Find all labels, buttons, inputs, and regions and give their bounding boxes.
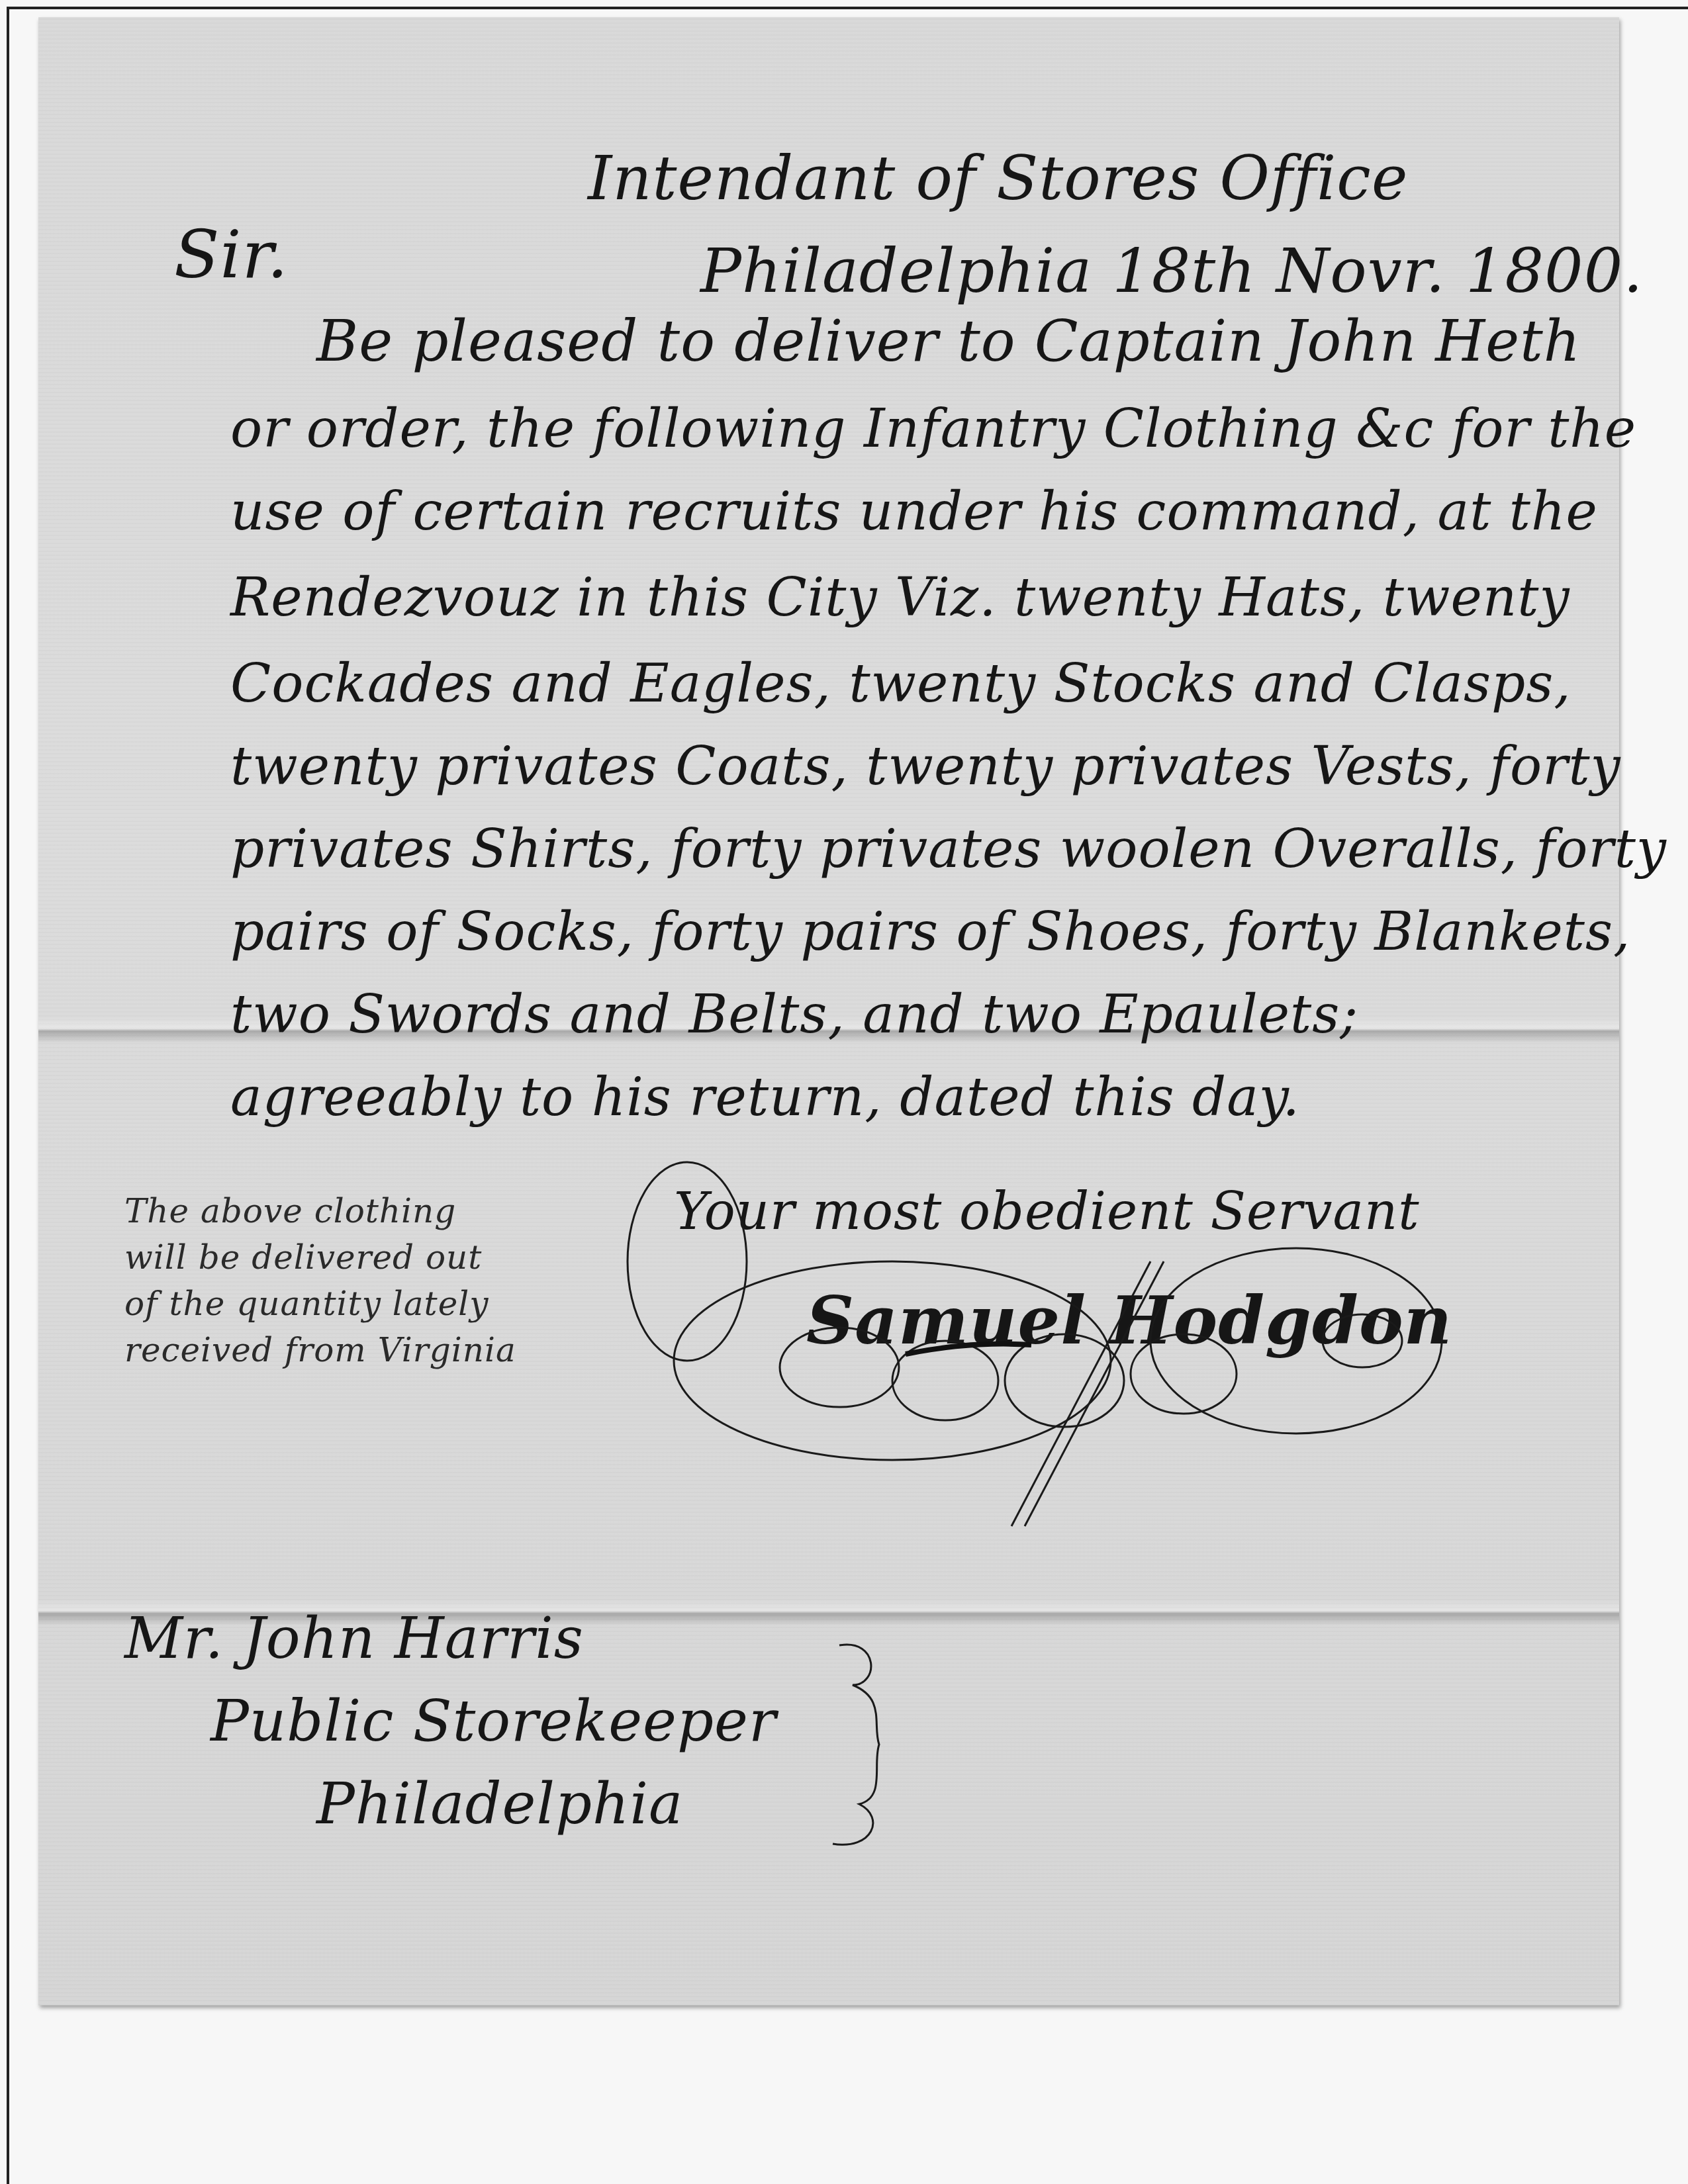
margin-note-line: of the quantity lately <box>124 1285 489 1323</box>
salutation: Sir. <box>174 216 289 293</box>
body-line: twenty privates Coats, twenty privates V… <box>230 735 1621 797</box>
body-line: two Swords and Belts, and two Epaulets; <box>230 983 1358 1045</box>
body-line: Cockades and Eagles, twenty Stocks and C… <box>230 653 1571 714</box>
margin-note-line: received from Virginia <box>124 1331 516 1369</box>
addressee-place: Philadelphia <box>316 1771 683 1837</box>
place-date: Philadelphia 18th Novr. 1800. <box>700 236 1643 306</box>
body-line: use of certain recruits under his comman… <box>230 480 1598 542</box>
brace-flourish <box>813 1632 919 1857</box>
body-line: Be pleased to deliver to Captain John He… <box>316 308 1581 375</box>
body-line: Rendezvouz in this City Viz. twenty Hats… <box>230 567 1570 628</box>
body-line: agreeably to his return, dated this day. <box>230 1066 1300 1128</box>
margin-note-line: will be delivered out <box>124 1238 482 1277</box>
addressee-name: Mr. John Harris <box>124 1606 584 1672</box>
office-heading: Intendant of Stores Office <box>588 143 1408 214</box>
signature-flourish <box>601 1142 1528 1539</box>
body-line: pairs of Socks, forty pairs of Shoes, fo… <box>230 901 1630 962</box>
addressee-title: Public Storekeeper <box>211 1688 776 1754</box>
body-line: privates Shirts, forty privates woolen O… <box>230 818 1667 880</box>
margin-note-line: The above clothing <box>124 1192 456 1230</box>
letter-sheet: Intendant of Stores Office Philadelphia … <box>38 17 1619 2005</box>
body-line: or order, the following Infantry Clothin… <box>230 398 1636 459</box>
